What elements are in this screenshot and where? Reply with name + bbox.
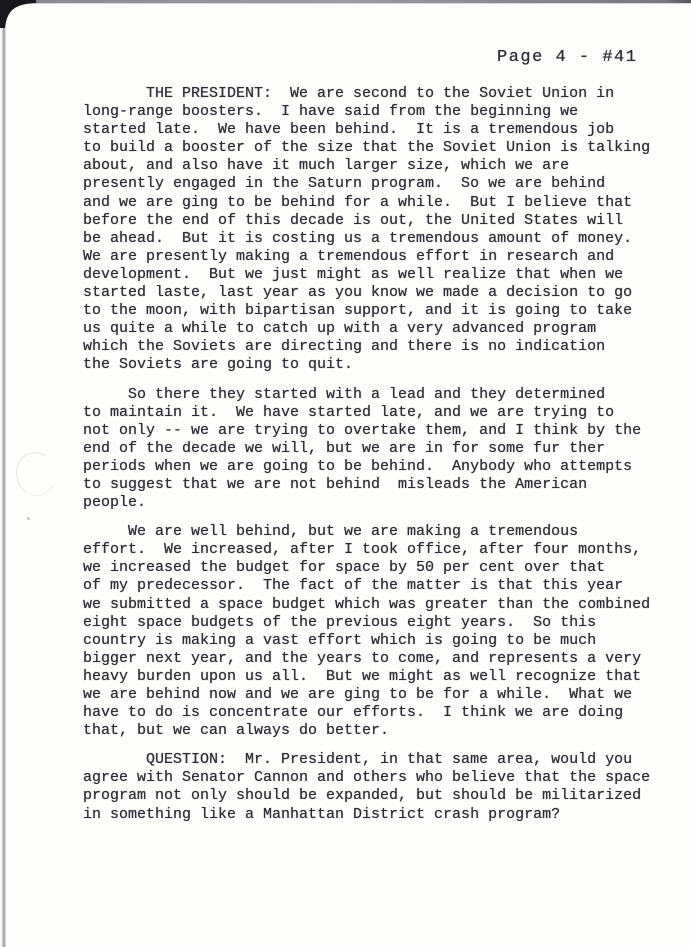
- paragraph-president-answer-2: So there they started with a lead and th…: [83, 386, 668, 513]
- hole-punch-mark: [11, 448, 61, 501]
- scan-edge-left: [0, 0, 7, 947]
- page-corner-fold-mark: [0, 0, 38, 28]
- document-body: THE PRESIDENT: We are second to the Sovi…: [83, 85, 668, 835]
- page-number-header: Page 4 - #41: [497, 48, 637, 67]
- scan-edge-top: [0, 0, 691, 3]
- paragraph-question: QUESTION: Mr. President, in that same ar…: [83, 751, 668, 823]
- paragraph-president-answer-1: THE PRESIDENT: We are second to the Sovi…: [83, 85, 668, 375]
- paragraph-president-answer-3: We are well behind, but we are making a …: [83, 523, 668, 740]
- ink-speck: [27, 517, 30, 520]
